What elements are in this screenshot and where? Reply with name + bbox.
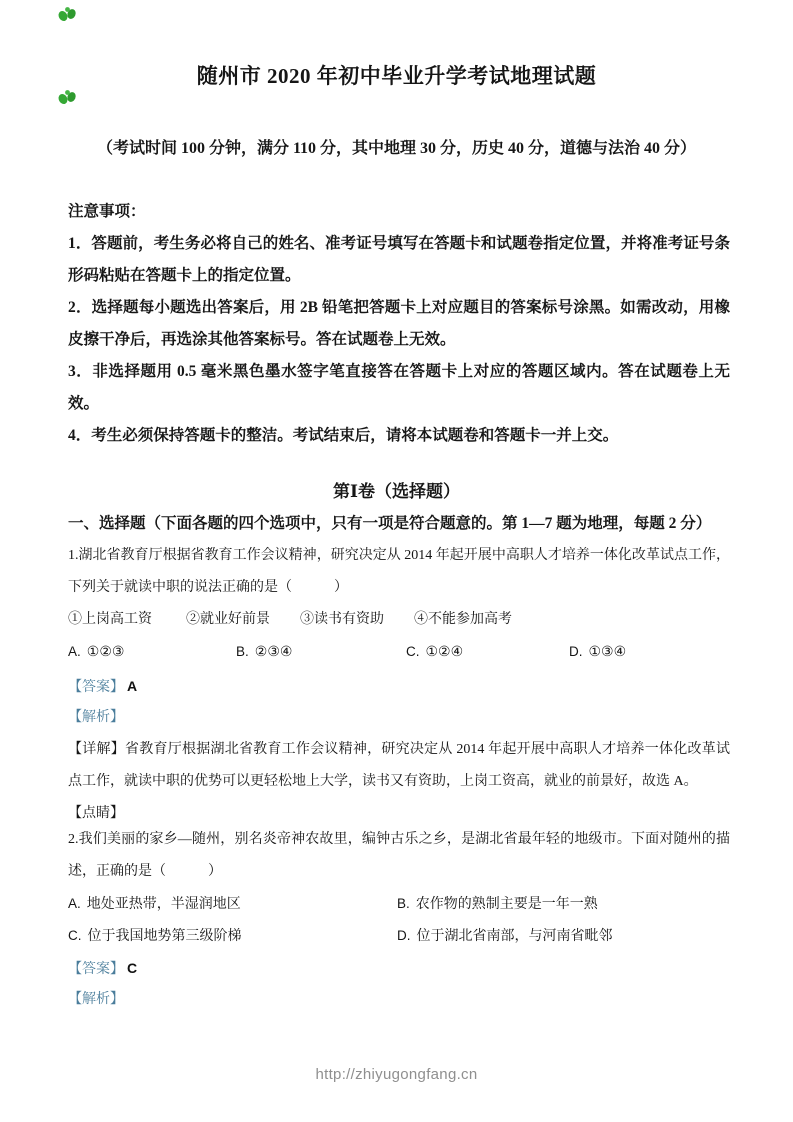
tip-bracket-label: 【点睛】 (68, 806, 124, 821)
answer-value: A (127, 678, 137, 694)
choice-a-label: A. (68, 644, 81, 659)
detail-text: 省教育厅根据湖北省教育工作会议精神，研究决定从 2014 年起开展中高职人才培养… (68, 742, 730, 789)
exam-info-line: （考试时间 100 分钟，满分 110 分，其中地理 30 分，历史 40 分，… (0, 135, 793, 163)
notice-item-3: 3．非选择题用 0.5 毫米黑色墨水签字笔直接答在答题卡上对应的答题区域内。答在… (68, 356, 730, 420)
choice-a: A.①②③ (68, 636, 236, 669)
answer-bracket-label: 【答案】 (68, 680, 124, 695)
footer-watermark-url: http://zhiyugongfang.cn (0, 1066, 793, 1083)
notice-item-2: 2．选择题每小题选出答案后，用 2B 铅笔把答题卡上对应题目的答案标号涂黑。如需… (68, 292, 730, 356)
choice-a: A.地处亚热带，半湿润地区 (68, 888, 397, 921)
question-2-stem: 2.我们美丽的家乡—随州，别名炎帝神农故里，编钟古乐之乡，是湖北省最年轻的地级市… (68, 824, 730, 888)
green-leaf-icon (57, 6, 78, 23)
question-1-suboptions: ①上岗高工资 ②就业好前景 ③读书有资助 ④不能参加高考 (68, 604, 730, 636)
choice-c-text: 位于我国地势第三级阶梯 (88, 929, 242, 944)
analysis-bracket-label: 【解析】 (68, 710, 124, 725)
exam-document-page: 随州市 2020 年初中毕业升学考试地理试题 （考试时间 100 分钟，满分 1… (0, 0, 793, 1122)
choice-c-text: ①②④ (426, 645, 464, 660)
analysis-bracket-label: 【解析】 (68, 992, 124, 1007)
question-1-analysis-line: 【解析】 (68, 702, 730, 734)
choice-d: D.位于湖北省南部，与河南省毗邻 (397, 920, 730, 953)
choice-b-text: 农作物的熟制主要是一年一熟 (416, 897, 598, 912)
choice-d-label: D. (397, 928, 411, 943)
choice-c: C.位于我国地势第三级阶梯 (68, 920, 397, 953)
notice-heading: 注意事项： (68, 196, 730, 228)
choice-b: B.农作物的熟制主要是一年一熟 (397, 888, 730, 921)
volume-title: 第Ⅰ卷（选择题） (0, 476, 793, 508)
choice-d-text: 位于湖北省南部，与河南省毗邻 (417, 929, 613, 944)
suboption-1: ①上岗高工资 (68, 604, 186, 636)
question-1-answer-line: 【答案】A (68, 670, 730, 704)
choice-d-text: ①③④ (589, 645, 627, 660)
choice-a-text: ①②③ (87, 645, 125, 660)
choice-b-text: ②③④ (255, 645, 293, 660)
choice-c: C.①②④ (406, 636, 569, 669)
detail-bracket-label: 【详解】 (68, 742, 125, 757)
question-2-answer-line: 【答案】C (68, 952, 730, 986)
green-leaf-icon (57, 89, 78, 106)
answer-bracket-label: 【答案】 (68, 962, 124, 977)
choice-b-label: B. (236, 644, 249, 659)
question-1-stem: 1.湖北省教育厅根据省教育工作会议精神，研究决定从 2014 年起开展中高职人才… (68, 540, 730, 604)
suboption-2: ②就业好前景 (186, 604, 300, 636)
choice-d-label: D. (569, 644, 583, 659)
document-title: 随州市 2020 年初中毕业升学考试地理试题 (0, 62, 793, 90)
question-1-choices: A.①②③ B.②③④ C.①②④ D.①③④ (68, 636, 730, 669)
question-2-choices-ab: A.地处亚热带，半湿润地区 B.农作物的熟制主要是一年一熟 (68, 888, 730, 921)
choice-b-label: B. (397, 896, 410, 911)
suboption-4: ④不能参加高考 (414, 604, 730, 636)
question-2-choices-cd: C.位于我国地势第三级阶梯 D.位于湖北省南部，与河南省毗邻 (68, 920, 730, 953)
choice-b: B.②③④ (236, 636, 406, 669)
choice-c-label: C. (406, 644, 420, 659)
notice-item-1: 1．答题前，考生务必将自己的姓名、准考证号填写在答题卡和试题卷指定位置，并将准考… (68, 228, 730, 292)
question-2-analysis-line: 【解析】 (68, 984, 730, 1016)
question-1-detail: 【详解】省教育厅根据湖北省教育工作会议精神，研究决定从 2014 年起开展中高职… (68, 734, 730, 798)
answer-value: C (127, 960, 137, 976)
choice-a-text: 地处亚热带，半湿润地区 (87, 897, 241, 912)
choice-a-label: A. (68, 896, 81, 911)
suboption-3: ③读书有资助 (300, 604, 414, 636)
notice-item-4: 4．考生必须保持答题卡的整洁。考试结束后，请将本试题卷和答题卡一并上交。 (68, 420, 730, 452)
choice-d: D.①③④ (569, 636, 730, 669)
choice-c-label: C. (68, 928, 82, 943)
part-heading: 一、选择题（下面各题的四个选项中，只有一项是符合题意的。第 1—7 题为地理，每… (68, 508, 730, 540)
